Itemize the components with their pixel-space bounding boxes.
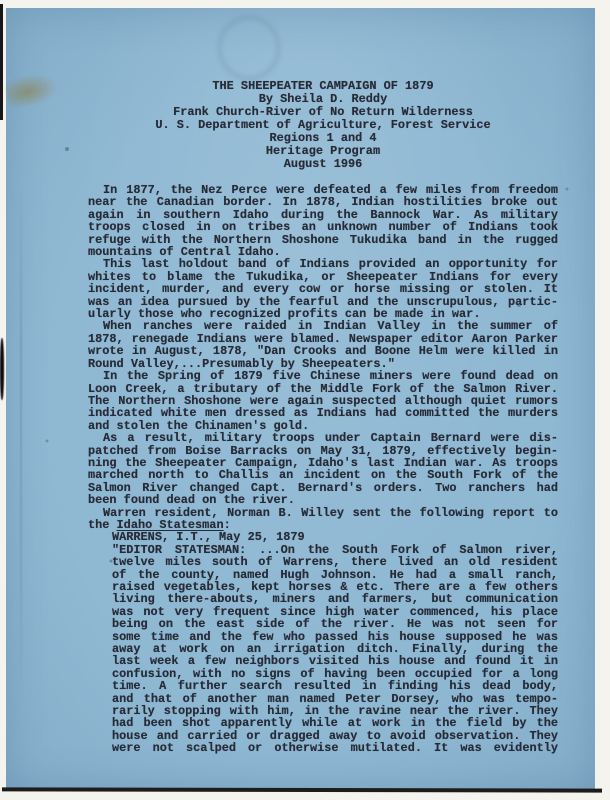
paragraph: When ranches were raided in Indian Valle… bbox=[88, 320, 558, 370]
paragraph: Warren resident, Norman B. Willey sent t… bbox=[88, 507, 558, 532]
text-line: near the Canadian border. In 1878, India… bbox=[88, 196, 558, 208]
text-line: incident, murder, and every cow or horse… bbox=[88, 283, 558, 295]
text-line: WARRENS, I.T., May 25, 1879 bbox=[112, 531, 558, 543]
text-line: being on the east side of the river. He … bbox=[112, 618, 558, 630]
block-quote-paragraph: WARRENS, I.T., May 25, 1879"EDITOR STATE… bbox=[112, 531, 558, 754]
paper-stain-smudge bbox=[3, 69, 60, 109]
text-line: living there-abouts, miners and farmers,… bbox=[112, 593, 558, 605]
text-line: had been shot apparently while at work i… bbox=[112, 717, 558, 729]
paragraph: As a result, military troops under Capta… bbox=[88, 432, 558, 506]
text-line: In the Spring of 1879 five Chinese miner… bbox=[88, 370, 558, 382]
title-block: THE SHEEPEATER CAMPAIGN OF 1879 By Sheil… bbox=[88, 80, 558, 171]
text-line: As a result, military troops under Capta… bbox=[88, 432, 558, 444]
text-line: When ranches were raided in Indian Valle… bbox=[88, 320, 558, 332]
text-line: indicated white men dressed as Indians h… bbox=[88, 407, 558, 419]
text-line: troops closed in on tribes an unknown nu… bbox=[88, 221, 558, 233]
paragraph: This last holdout band of Indians provid… bbox=[88, 258, 558, 320]
text-line: been found dead on the river. bbox=[88, 494, 558, 506]
text-line: wrote in August, 1878, "Dan Crooks and B… bbox=[88, 345, 558, 357]
scan-specks bbox=[6, 8, 8, 10]
document-content: THE SHEEPEATER CAMPAIGN OF 1879 By Sheil… bbox=[88, 80, 558, 755]
document-body: In 1877, the Nez Perce were defeated a f… bbox=[88, 184, 558, 755]
scan-edge-mark-blob bbox=[0, 338, 4, 400]
paper-stain-ring bbox=[218, 16, 280, 80]
text-line: time. A further search resulted in findi… bbox=[112, 680, 558, 692]
scan-edge-mark-top bbox=[0, 4, 3, 120]
date-line: August 1996 bbox=[88, 158, 558, 171]
text-line: twelve miles south of Warrens, there liv… bbox=[112, 556, 558, 568]
document-page: THE SHEEPEATER CAMPAIGN OF 1879 By Sheil… bbox=[6, 8, 595, 789]
paragraph: In 1877, the Nez Perce were defeated a f… bbox=[88, 184, 558, 258]
scan-canvas: { "page": { "paper_color": "#8fb8d3", "i… bbox=[0, 0, 610, 800]
text-line: This last holdout band of Indians provid… bbox=[88, 258, 558, 270]
text-line: marched north to Challis an incident on … bbox=[88, 469, 558, 481]
paragraph: In the Spring of 1879 five Chinese miner… bbox=[88, 370, 558, 432]
scan-bottom-edge bbox=[2, 787, 602, 792]
paper-crease bbox=[20, 188, 22, 688]
text-line: last week a few neighbors visited his ho… bbox=[112, 655, 558, 667]
text-line: were not scalped or otherwise mutilated.… bbox=[112, 742, 558, 754]
